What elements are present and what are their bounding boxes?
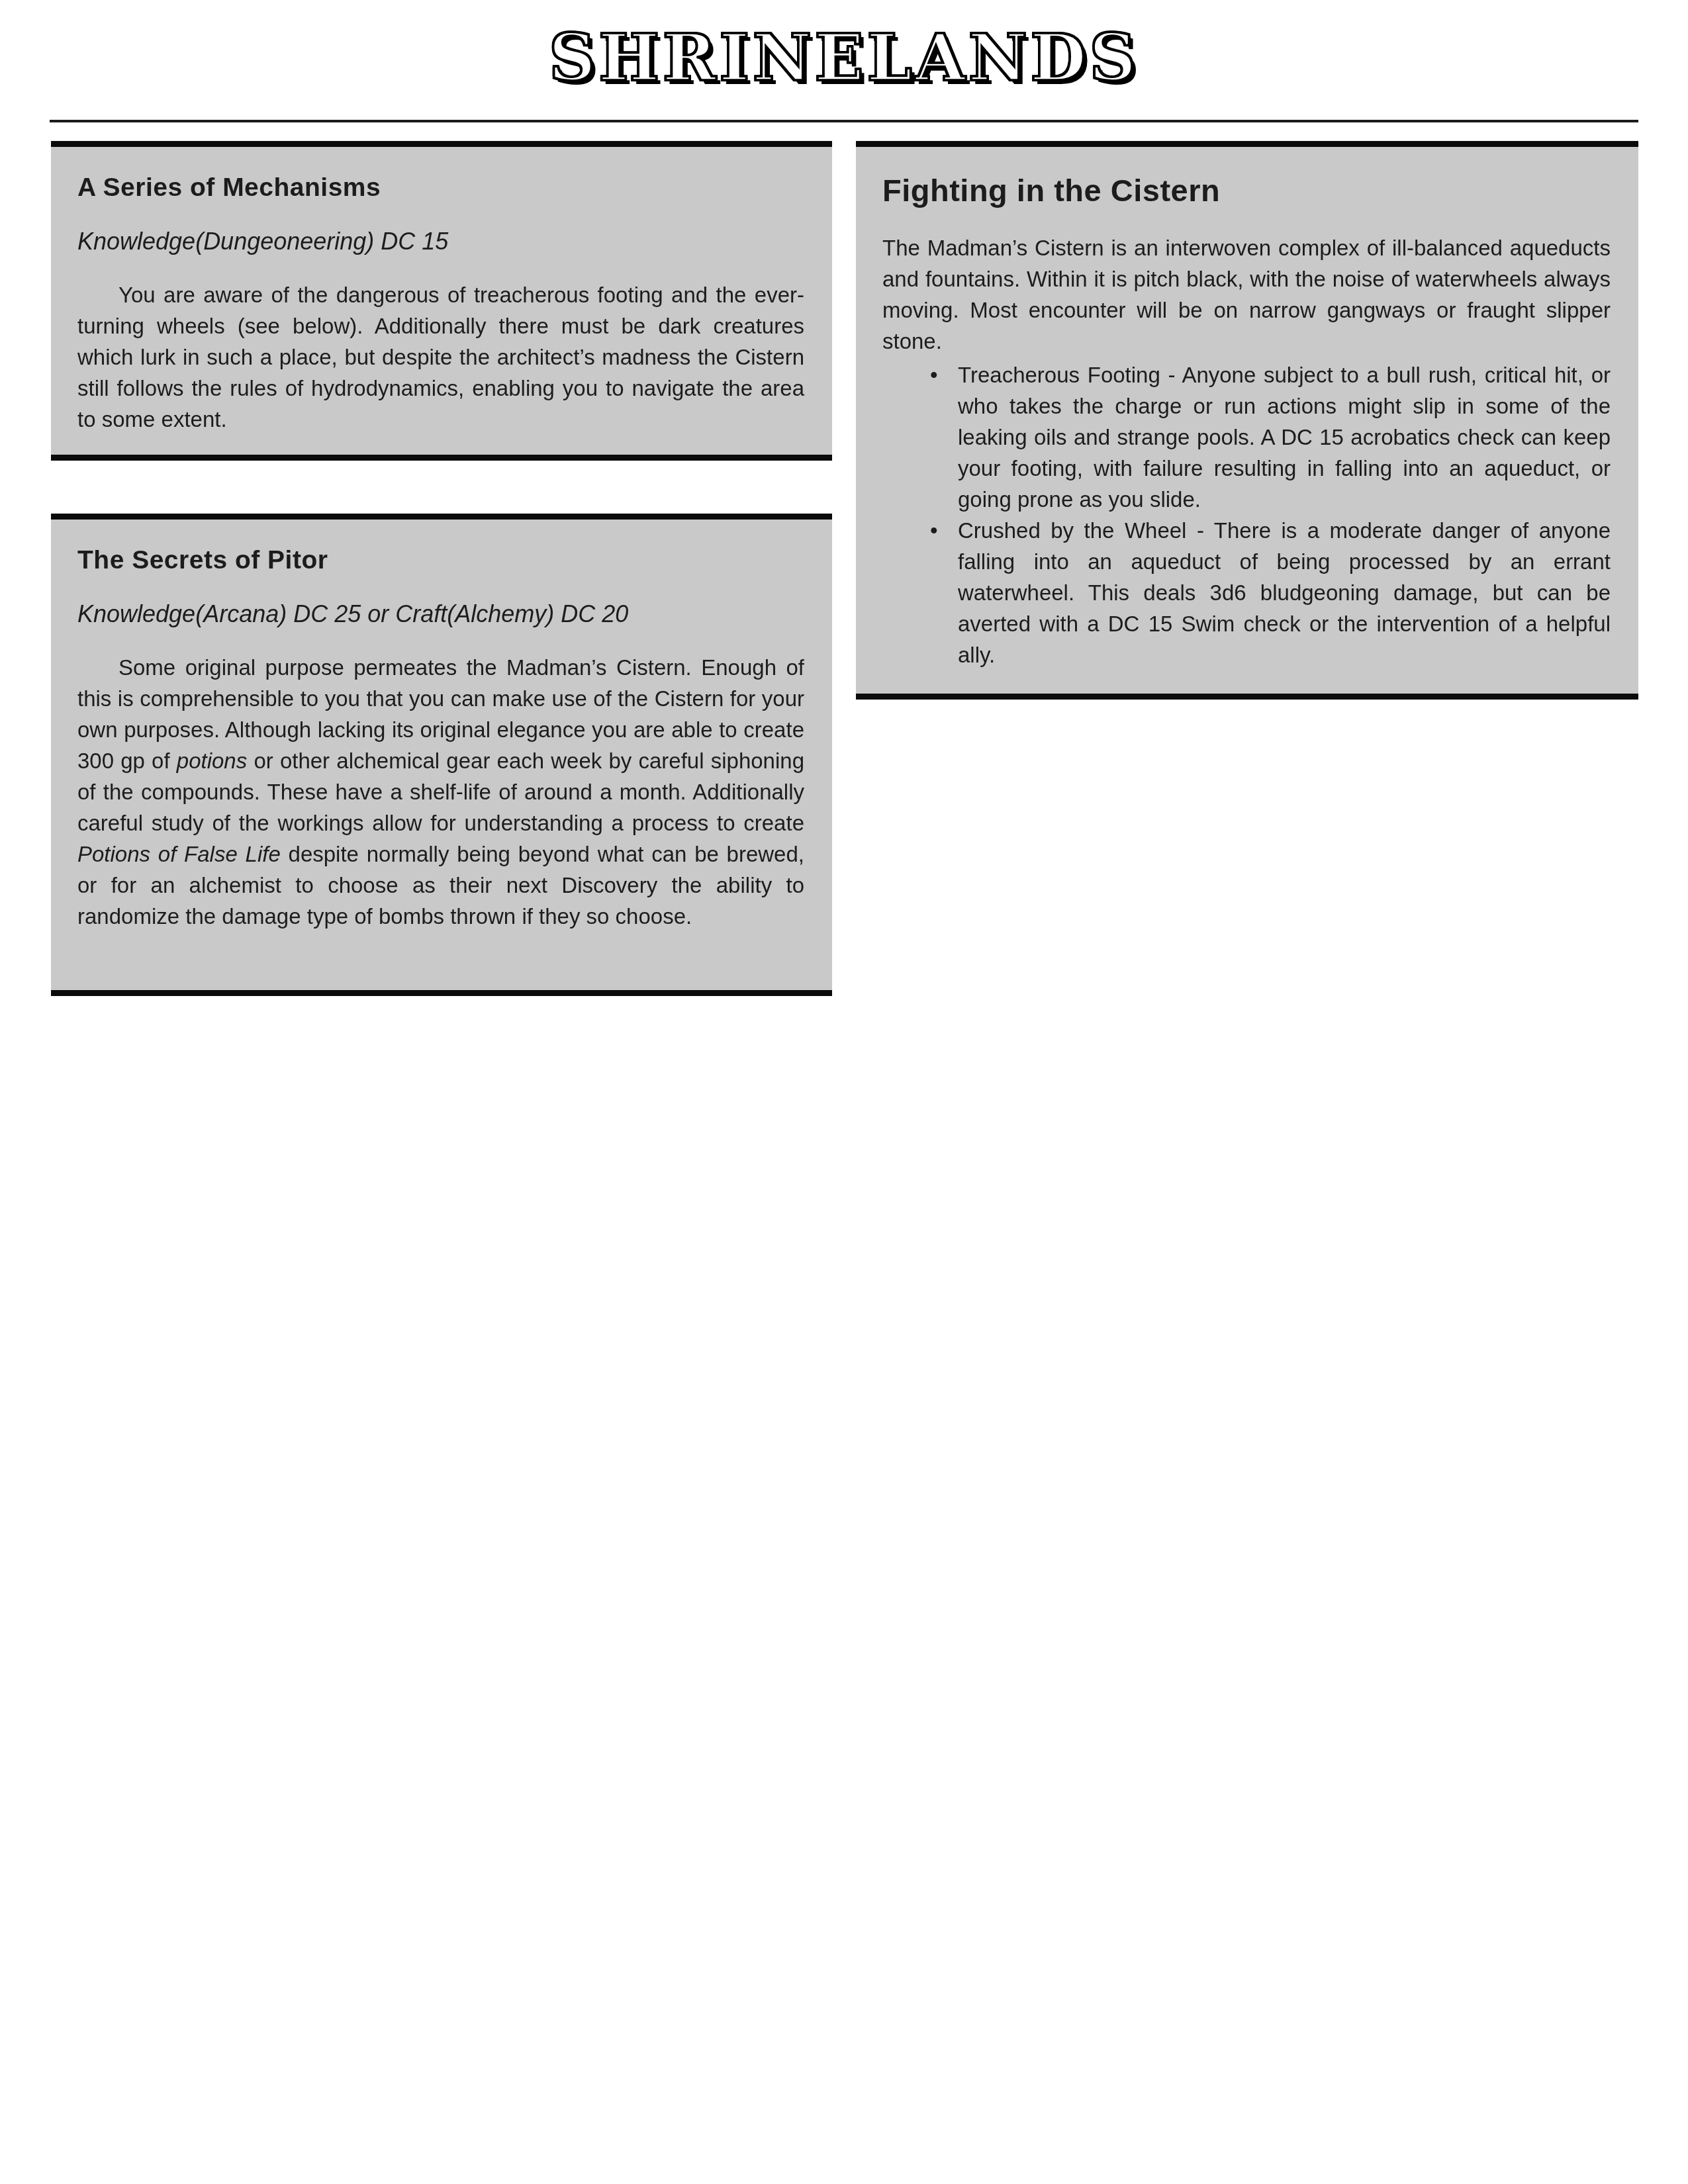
italic-term-potions: potions bbox=[177, 749, 247, 773]
bullet-icon: • bbox=[930, 359, 958, 515]
left-column: A Series of Mechanisms Knowledge(Dungeon… bbox=[51, 141, 832, 996]
hazard-list-item-treacherous-footing: • Treacherous Footing - Anyone subject t… bbox=[930, 359, 1611, 515]
document-page: SHRINELANDS A Series of Mechanisms Knowl… bbox=[0, 0, 1688, 2184]
page-title: SHRINELANDS bbox=[0, 20, 1688, 95]
hazard-text: Treacherous Footing - Anyone subject to … bbox=[958, 359, 1611, 515]
callout-fighting-in-the-cistern: Fighting in the Cistern The Madman’s Cis… bbox=[856, 141, 1638, 700]
skill-check-line: Knowledge(Dungeoneering) DC 15 bbox=[77, 228, 804, 255]
bullet-icon: • bbox=[930, 515, 958, 670]
callout-heading: The Secrets of Pitor bbox=[77, 546, 804, 575]
hazard-text: Crushed by the Wheel - There is a modera… bbox=[958, 515, 1611, 670]
italic-term-potions-of-false-life: Potions of False Life bbox=[77, 842, 281, 866]
callout-heading: A Series of Mechanisms bbox=[77, 173, 804, 203]
hazard-list: • Treacherous Footing - Anyone subject t… bbox=[882, 359, 1611, 670]
title-rule bbox=[50, 120, 1638, 122]
right-column: Fighting in the Cistern The Madman’s Cis… bbox=[856, 141, 1638, 700]
callout-a-series-of-mechanisms: A Series of Mechanisms Knowledge(Dungeon… bbox=[51, 141, 832, 461]
hazard-list-item-crushed-by-the-wheel: • Crushed by the Wheel - There is a mode… bbox=[930, 515, 1611, 670]
content-columns: A Series of Mechanisms Knowledge(Dungeon… bbox=[51, 141, 1638, 996]
callout-body: Some original purpose permeates the Madm… bbox=[77, 652, 804, 932]
callout-body: You are aware of the dangerous of treach… bbox=[77, 279, 804, 435]
section-intro: The Madman’s Cistern is an interwoven co… bbox=[882, 232, 1611, 357]
skill-check-line: Knowledge(Arcana) DC 25 or Craft(Alchemy… bbox=[77, 600, 804, 628]
callout-the-secrets-of-pitor: The Secrets of Pitor Knowledge(Arcana) D… bbox=[51, 514, 832, 996]
section-heading: Fighting in the Cistern bbox=[882, 172, 1611, 208]
